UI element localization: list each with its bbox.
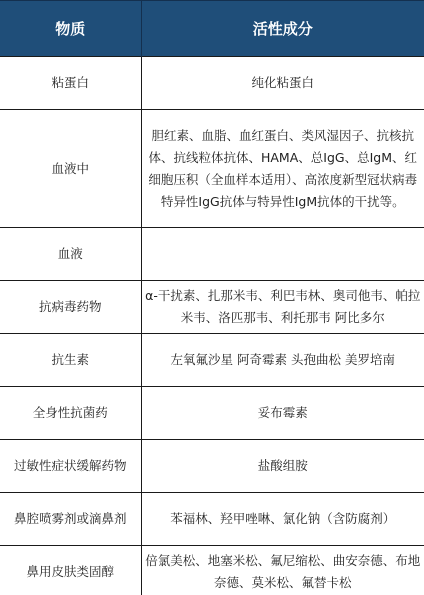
ingredient-cell [141,228,424,281]
table-row: 抗生素 左氧氟沙星 阿奇霉素 头孢曲松 美罗培南 [0,334,424,387]
substance-cell: 抗病毒药物 [0,281,141,334]
ingredient-cell: α-干扰素、扎那米韦、利巴韦林、奥司他韦、帕拉米韦、洛匹那韦、利托那韦 阿比多尔 [141,281,424,334]
substance-cell: 鼻用皮肤类固醇 [0,546,141,595]
table-row: 血液 [0,228,424,281]
table-row: 粘蛋白 纯化粘蛋白 [0,57,424,110]
substance-cell: 血液 [0,228,141,281]
table-row: 抗病毒药物 α-干扰素、扎那米韦、利巴韦林、奥司他韦、帕拉米韦、洛匹那韦、利托那… [0,281,424,334]
header-row: 物质 活性成分 [0,1,424,57]
ingredient-cell: 盐酸组胺 [141,440,424,493]
table-row: 鼻腔喷雾剂或滴鼻剂 苯福林、羟甲唑啉、氯化钠（含防腐剂） [0,493,424,546]
ingredient-cell: 纯化粘蛋白 [141,57,424,110]
substance-cell: 血液中 [0,110,141,228]
substance-cell: 粘蛋白 [0,57,141,110]
table-row: 血液中 胆红素、血脂、血红蛋白、类风湿因子、抗核抗体、抗线粒体抗体、HAMA、总… [0,110,424,228]
header-substance: 物质 [0,1,141,57]
table-row: 过敏性症状缓解药物 盐酸组胺 [0,440,424,493]
substance-cell: 全身性抗菌药 [0,387,141,440]
substance-cell: 鼻腔喷雾剂或滴鼻剂 [0,493,141,546]
table-row: 鼻用皮肤类固醇 倍氯美松、地塞米松、氟尼缩松、曲安奈德、布地奈德、莫米松、氟替卡… [0,546,424,595]
ingredient-cell: 倍氯美松、地塞米松、氟尼缩松、曲安奈德、布地奈德、莫米松、氟替卡松 [141,546,424,595]
table-row: 全身性抗菌药 妥布霉素 [0,387,424,440]
ingredient-cell: 胆红素、血脂、血红蛋白、类风湿因子、抗核抗体、抗线粒体抗体、HAMA、总IgG、… [141,110,424,228]
ingredient-cell: 妥布霉素 [141,387,424,440]
ingredient-cell: 左氧氟沙星 阿奇霉素 头孢曲松 美罗培南 [141,334,424,387]
interference-substances-table: 物质 活性成分 粘蛋白 纯化粘蛋白 血液中 胆红素、血脂、血红蛋白、类风湿因子、… [0,0,424,595]
header-active-ingredient: 活性成分 [141,1,424,57]
substance-cell: 抗生素 [0,334,141,387]
ingredient-cell: 苯福林、羟甲唑啉、氯化钠（含防腐剂） [141,493,424,546]
substance-cell: 过敏性症状缓解药物 [0,440,141,493]
